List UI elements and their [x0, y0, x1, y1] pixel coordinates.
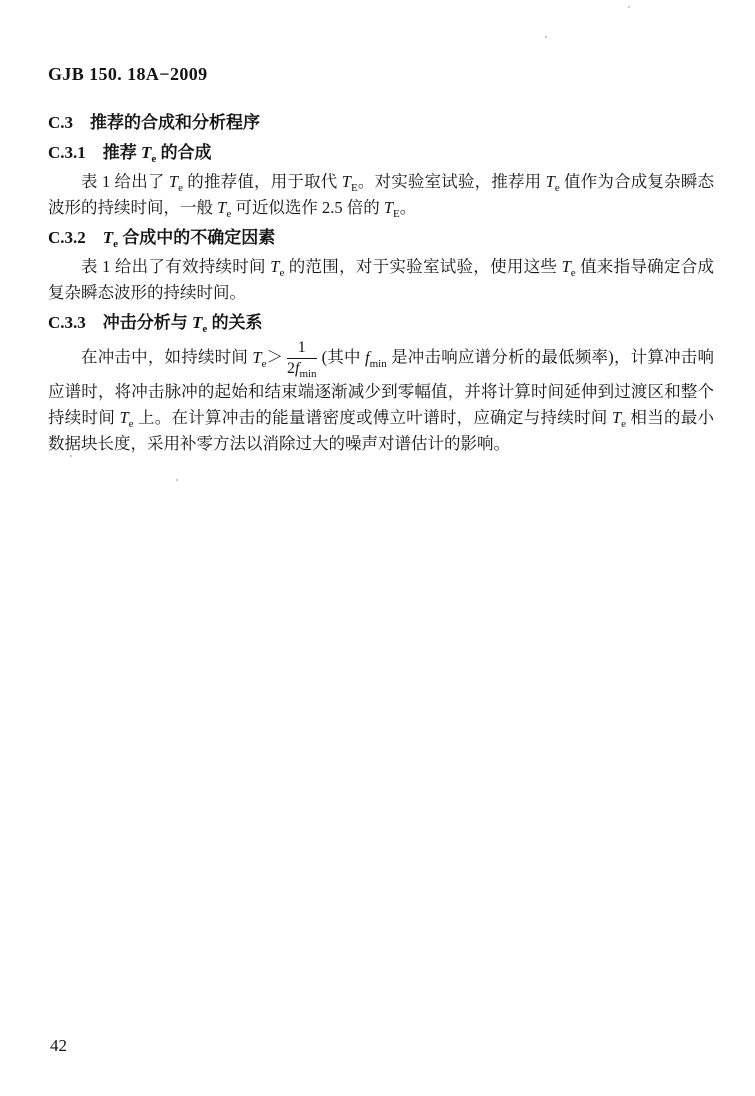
paragraph: 表 1 给出了有效持续时间 Te 的范围，对于实验室试验，使用这些 Te 值来指…	[48, 254, 714, 306]
math-variable: fmin	[365, 348, 387, 367]
math-variable: TE	[384, 198, 400, 217]
section-heading: C.3.2 Te 合成中的不确定因素	[48, 225, 714, 251]
math-variable: Te	[562, 257, 576, 276]
section-heading: C.3.1 推荐 Te 的合成	[48, 140, 714, 166]
section-heading: C.3.3 冲击分析与 Te 的关系	[48, 310, 714, 336]
math-variable: Te	[141, 143, 156, 162]
math-variable: Te	[612, 408, 626, 427]
document-page: GJB 150. 18A−2009 C.3 推荐的合成和分析程序C.3.1 推荐…	[0, 0, 755, 1096]
scan-speck	[628, 6, 630, 8]
section-heading: C.3 推荐的合成和分析程序	[48, 110, 714, 136]
standard-number-header: GJB 150. 18A−2009	[48, 64, 208, 85]
scan-speck	[176, 479, 178, 481]
paragraph: 在冲击中，如持续时间 Te＞12fmin(其中 fmin 是冲击响应谱分析的最低…	[48, 339, 714, 457]
math-variable: Te	[217, 198, 231, 217]
scan-speck	[70, 455, 72, 457]
math-variable: Te	[270, 257, 284, 276]
math-variable: Te	[169, 172, 183, 191]
math-fraction: 12fmin	[287, 339, 317, 379]
math-variable: fmin	[295, 360, 317, 377]
math-variable: Te	[119, 408, 133, 427]
math-variable: TE	[342, 172, 358, 191]
paragraph: 表 1 给出了 Te 的推荐值，用于取代 TE。对实验室试验，推荐用 Te 值作…	[48, 169, 714, 221]
math-variable: Te	[103, 228, 118, 247]
math-variable: Te	[252, 348, 266, 367]
math-variable: Te	[546, 172, 560, 191]
scan-speck	[545, 36, 547, 38]
page-number: 42	[50, 1036, 67, 1056]
document-body: C.3 推荐的合成和分析程序C.3.1 推荐 Te 的合成表 1 给出了 Te …	[48, 106, 714, 457]
math-variable: Te	[192, 313, 207, 332]
